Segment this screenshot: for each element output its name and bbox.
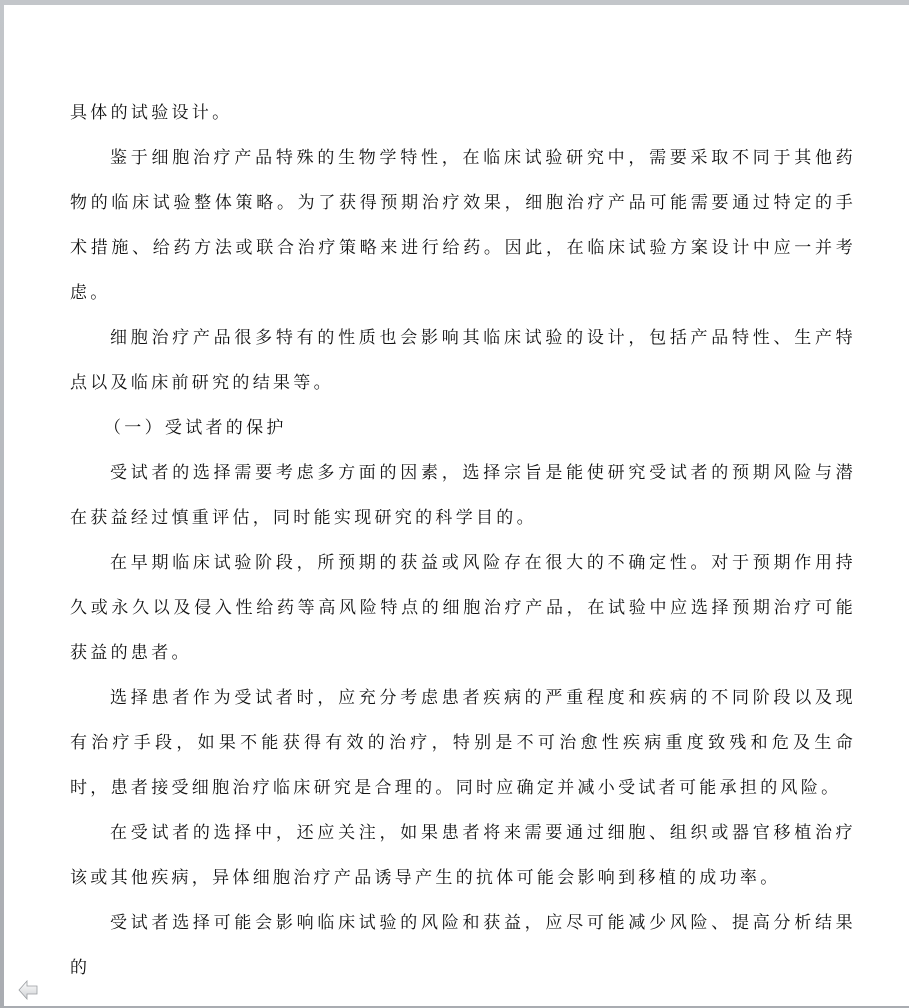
paragraph-1: 具体的试验设计。 — [70, 91, 856, 136]
document-body: 具体的试验设计。 鉴于细胞治疗产品特殊的生物学特性，在临床试验研究中，需要采取不… — [70, 91, 856, 991]
paragraph-2: 鉴于细胞治疗产品特殊的生物学特性，在临床试验研究中，需要采取不同于其他药物的临床… — [70, 136, 856, 316]
paragraph-7: 在受试者的选择中，还应关注，如果患者将来需要通过细胞、组织或器官移植治疗该或其他… — [70, 811, 856, 901]
paragraph-4: 受试者的选择需要考虑多方面的因素，选择宗旨是能使研究受试者的预期风险与潜在获益经… — [70, 451, 856, 541]
previous-page-button[interactable] — [18, 980, 42, 1000]
document-viewport: 具体的试验设计。 鉴于细胞治疗产品特殊的生物学特性，在临床试验研究中，需要采取不… — [0, 0, 909, 1008]
paragraph-8: 受试者选择可能会影响临床试验的风险和获益，应尽可能减少风险、提高分析结果的 — [70, 901, 856, 991]
paragraph-6: 选择患者作为受试者时，应充分考虑患者疾病的严重程度和疾病的不同阶段以及现有治疗手… — [70, 676, 856, 811]
document-page: 具体的试验设计。 鉴于细胞治疗产品特殊的生物学特性，在临床试验研究中，需要采取不… — [4, 5, 909, 1006]
left-arrow-icon — [18, 980, 42, 1000]
section-heading-subject-protection: （一）受试者的保护 — [70, 406, 856, 451]
paragraph-3: 细胞治疗产品很多特有的性质也会影响其临床试验的设计，包括产品特性、生产特点以及临… — [70, 316, 856, 406]
paragraph-5: 在早期临床试验阶段，所预期的获益或风险存在很大的不确定性。对于预期作用持久或永久… — [70, 541, 856, 676]
